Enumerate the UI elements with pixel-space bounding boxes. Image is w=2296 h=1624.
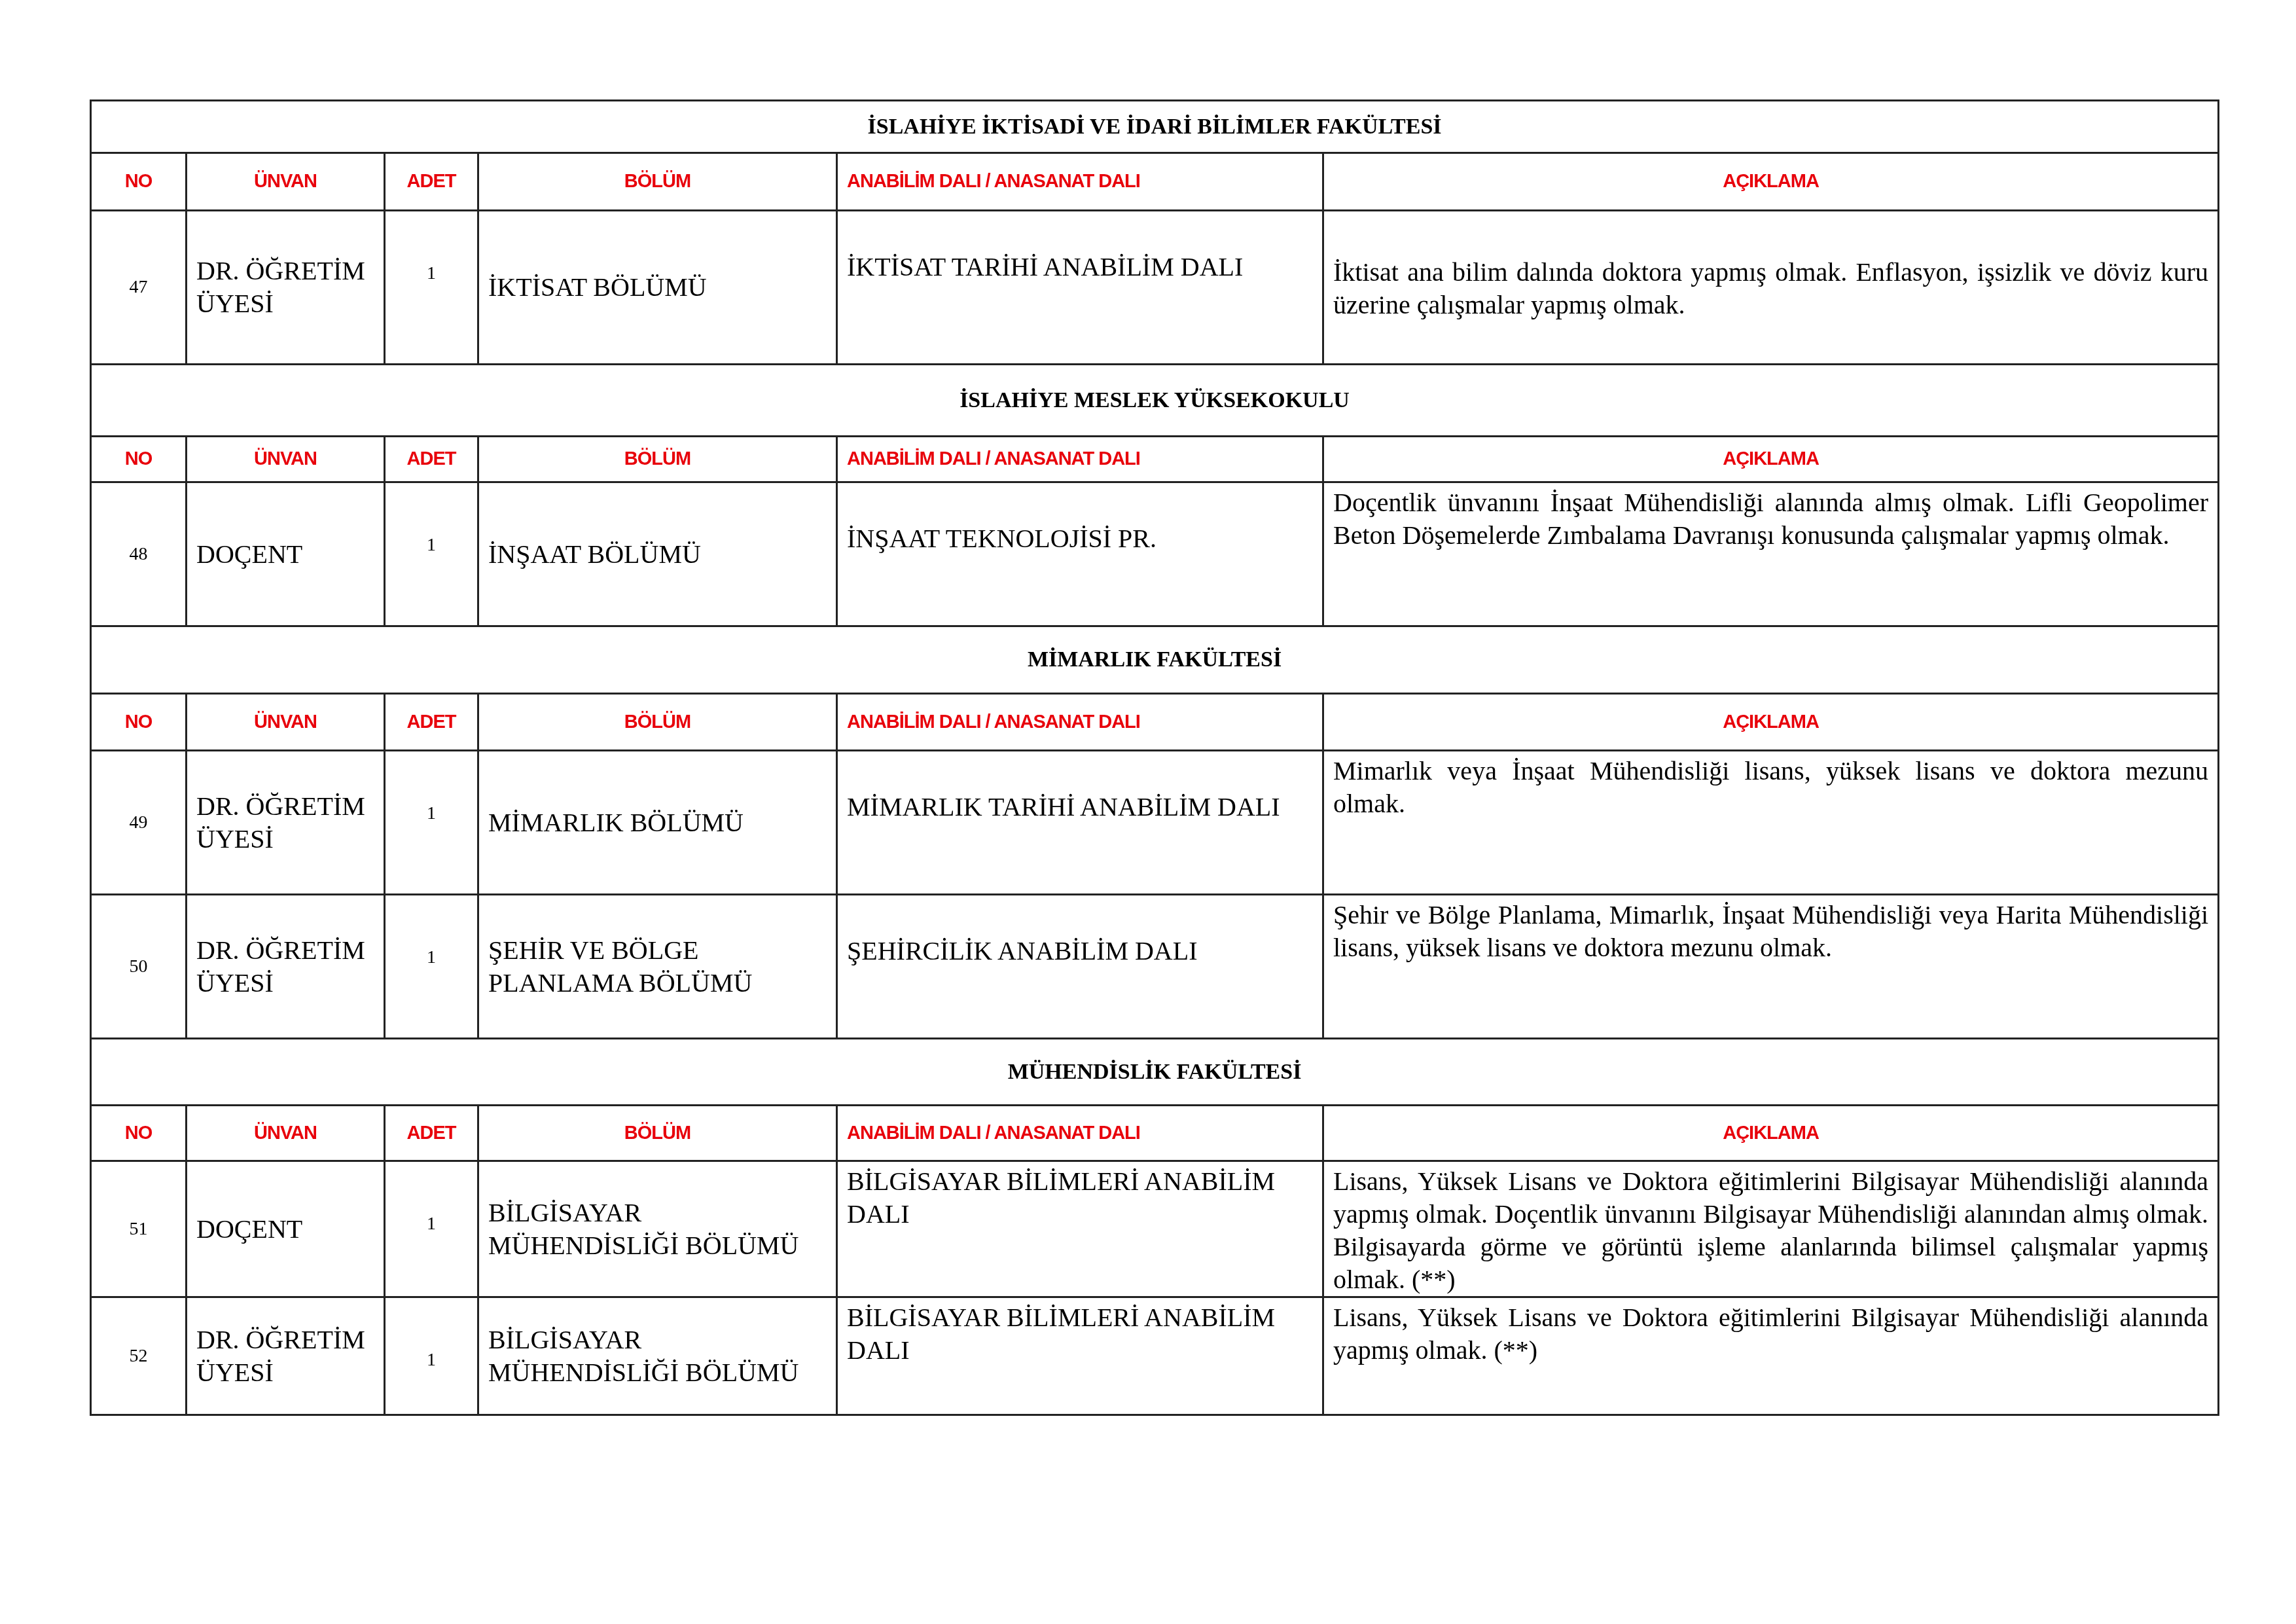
cell-anabilim-text: BİLGİSAYAR BİLİMLERİ ANABİLİM DALI	[847, 1166, 1275, 1229]
cell-unvan: DR. ÖĞRETİM ÜYESİ	[187, 211, 385, 365]
cell-bolum: İKTİSAT BÖLÜMÜ	[478, 211, 837, 365]
cell-unvan: DR. ÖĞRETİM ÜYESİ	[187, 751, 385, 895]
column-header-aciklama: AÇIKLAMA	[1323, 153, 2219, 211]
column-header-anabilim: ANABİLİM DALI / ANASANAT DALI	[837, 437, 1323, 482]
cell-unvan-text: DR. ÖĞRETİM ÜYESİ	[196, 791, 365, 854]
column-header-anabilim: ANABİLİM DALI / ANASANAT DALI	[837, 1106, 1323, 1161]
cell-anabilim: İKTİSAT TARİHİ ANABİLİM DALI	[837, 211, 1323, 365]
cell-adet: 1	[385, 895, 478, 1039]
cell-no-text: 49	[130, 812, 148, 833]
cell-no: 50	[91, 895, 187, 1039]
column-header-row: NOÜNVANADETBÖLÜMANABİLİM DALI / ANASANAT…	[91, 437, 2219, 482]
cell-bolum: İNŞAAT BÖLÜMÜ	[478, 482, 837, 626]
cell-no: 49	[91, 751, 187, 895]
column-header-aciklama: AÇIKLAMA	[1323, 694, 2219, 751]
column-header-unvan: ÜNVAN	[187, 153, 385, 211]
section-title: MÜHENDİSLİK FAKÜLTESİ	[91, 1039, 2219, 1106]
cell-adet-text: 1	[427, 947, 436, 967]
cell-no-text: 51	[130, 1219, 148, 1239]
cell-anabilim-text: ŞEHİRCİLİK ANABİLİM DALI	[847, 936, 1198, 965]
cell-anabilim: BİLGİSAYAR BİLİMLERİ ANABİLİM DALI	[837, 1161, 1323, 1297]
cell-adet: 1	[385, 482, 478, 626]
column-header-row: NOÜNVANADETBÖLÜMANABİLİM DALI / ANASANAT…	[91, 694, 2219, 751]
cell-unvan: DOÇENT	[187, 1161, 385, 1297]
cell-unvan-text: DR. ÖĞRETİM ÜYESİ	[196, 935, 365, 998]
cell-anabilim: ŞEHİRCİLİK ANABİLİM DALI	[837, 895, 1323, 1039]
cell-aciklama: Mimarlık veya İnşaat Mühendisliği lisans…	[1323, 751, 2219, 895]
column-header-bolum: BÖLÜM	[478, 1106, 837, 1161]
cell-anabilim: İNŞAAT TEKNOLOJİSİ PR.	[837, 482, 1323, 626]
cell-no: 47	[91, 211, 187, 365]
column-header-adet: ADET	[385, 437, 478, 482]
faculty-positions-table: İSLAHİYE İKTİSADİ VE İDARİ BİLİMLER FAKÜ…	[90, 99, 2219, 1416]
section-title-row: MÜHENDİSLİK FAKÜLTESİ	[91, 1039, 2219, 1106]
cell-adet-text: 1	[427, 803, 436, 823]
cell-no-text: 48	[130, 544, 148, 564]
cell-bolum-text: BİLGİSAYAR MÜHENDİSLİĞİ BÖLÜMÜ	[488, 1325, 798, 1387]
table-row: 52DR. ÖĞRETİM ÜYESİ1BİLGİSAYAR MÜHENDİSL…	[91, 1297, 2219, 1415]
cell-unvan: DOÇENT	[187, 482, 385, 626]
column-header-row: NOÜNVANADETBÖLÜMANABİLİM DALI / ANASANAT…	[91, 1106, 2219, 1161]
section-title: MİMARLIK FAKÜLTESİ	[91, 626, 2219, 694]
column-header-unvan: ÜNVAN	[187, 694, 385, 751]
column-header-no: NO	[91, 437, 187, 482]
cell-adet: 1	[385, 1297, 478, 1415]
cell-bolum-text: BİLGİSAYAR MÜHENDİSLİĞİ BÖLÜMÜ	[488, 1198, 798, 1260]
cell-unvan-text: DR. ÖĞRETİM ÜYESİ	[196, 1325, 365, 1387]
section-title: İSLAHİYE İKTİSADİ VE İDARİ BİLİMLER FAKÜ…	[91, 101, 2219, 153]
section-title-row: İSLAHİYE MESLEK YÜKSEKOKULU	[91, 365, 2219, 437]
cell-bolum: ŞEHİR VE BÖLGE PLANLAMA BÖLÜMÜ	[478, 895, 837, 1039]
column-header-adet: ADET	[385, 694, 478, 751]
column-header-bolum: BÖLÜM	[478, 153, 837, 211]
cell-adet-text: 1	[427, 535, 436, 555]
cell-bolum-text: MİMARLIK BÖLÜMÜ	[488, 808, 744, 837]
cell-anabilim-text: İNŞAAT TEKNOLOJİSİ PR.	[847, 524, 1157, 553]
cell-bolum-text: ŞEHİR VE BÖLGE PLANLAMA BÖLÜMÜ	[488, 935, 752, 998]
cell-aciklama: Şehir ve Bölge Planlama, Mimarlık, İnşaa…	[1323, 895, 2219, 1039]
column-header-adet: ADET	[385, 153, 478, 211]
cell-bolum: MİMARLIK BÖLÜMÜ	[478, 751, 837, 895]
cell-adet: 1	[385, 1161, 478, 1297]
cell-unvan-text: DOÇENT	[196, 539, 302, 569]
cell-aciklama: Lisans, Yüksek Lisans ve Doktora eğitiml…	[1323, 1297, 2219, 1415]
cell-aciklama-text: İktisat ana bilim dalında doktora yapmış…	[1333, 257, 2208, 319]
column-header-unvan: ÜNVAN	[187, 437, 385, 482]
column-header-no: NO	[91, 1106, 187, 1161]
cell-adet: 1	[385, 751, 478, 895]
column-header-adet: ADET	[385, 1106, 478, 1161]
cell-anabilim: MİMARLIK TARİHİ ANABİLİM DALI	[837, 751, 1323, 895]
cell-adet: 1	[385, 211, 478, 365]
cell-aciklama-text: Lisans, Yüksek Lisans ve Doktora eğitiml…	[1333, 1303, 2208, 1365]
cell-unvan-text: DR. ÖĞRETİM ÜYESİ	[196, 256, 365, 318]
column-header-no: NO	[91, 153, 187, 211]
cell-no: 52	[91, 1297, 187, 1415]
cell-unvan: DR. ÖĞRETİM ÜYESİ	[187, 895, 385, 1039]
column-header-no: NO	[91, 694, 187, 751]
cell-bolum: BİLGİSAYAR MÜHENDİSLİĞİ BÖLÜMÜ	[478, 1297, 837, 1415]
table-row: 49DR. ÖĞRETİM ÜYESİ1MİMARLIK BÖLÜMÜMİMAR…	[91, 751, 2219, 895]
cell-aciklama: Doçentlik ünvanını İnşaat Mühendisliği a…	[1323, 482, 2219, 626]
cell-anabilim: BİLGİSAYAR BİLİMLERİ ANABİLİM DALI	[837, 1297, 1323, 1415]
column-header-bolum: BÖLÜM	[478, 437, 837, 482]
column-header-aciklama: AÇIKLAMA	[1323, 1106, 2219, 1161]
cell-bolum: BİLGİSAYAR MÜHENDİSLİĞİ BÖLÜMÜ	[478, 1161, 837, 1297]
section-title-row: İSLAHİYE İKTİSADİ VE İDARİ BİLİMLER FAKÜ…	[91, 101, 2219, 153]
cell-bolum-text: İKTİSAT BÖLÜMÜ	[488, 272, 707, 302]
section-title-row: MİMARLIK FAKÜLTESİ	[91, 626, 2219, 694]
column-header-aciklama: AÇIKLAMA	[1323, 437, 2219, 482]
cell-aciklama: İktisat ana bilim dalında doktora yapmış…	[1323, 211, 2219, 365]
column-header-anabilim: ANABİLİM DALI / ANASANAT DALI	[837, 153, 1323, 211]
column-header-bolum: BÖLÜM	[478, 694, 837, 751]
cell-no-text: 47	[130, 277, 148, 297]
cell-no-text: 50	[130, 956, 148, 977]
cell-unvan-text: DOÇENT	[196, 1214, 302, 1244]
cell-adet-text: 1	[427, 1214, 436, 1234]
cell-aciklama-text: Lisans, Yüksek Lisans ve Doktora eğitiml…	[1333, 1166, 2208, 1294]
cell-aciklama-text: Şehir ve Bölge Planlama, Mimarlık, İnşaa…	[1333, 900, 2208, 962]
column-header-anabilim: ANABİLİM DALI / ANASANAT DALI	[837, 694, 1323, 751]
cell-no-text: 52	[130, 1346, 148, 1366]
cell-aciklama: Lisans, Yüksek Lisans ve Doktora eğitiml…	[1323, 1161, 2219, 1297]
section-title: İSLAHİYE MESLEK YÜKSEKOKULU	[91, 365, 2219, 437]
cell-anabilim-text: BİLGİSAYAR BİLİMLERİ ANABİLİM DALI	[847, 1303, 1275, 1365]
cell-aciklama-text: Mimarlık veya İnşaat Mühendisliği lisans…	[1333, 756, 2208, 818]
cell-anabilim-text: İKTİSAT TARİHİ ANABİLİM DALI	[847, 252, 1243, 281]
cell-aciklama-text: Doçentlik ünvanını İnşaat Mühendisliği a…	[1333, 488, 2208, 550]
table-row: 47DR. ÖĞRETİM ÜYESİ1İKTİSAT BÖLÜMÜİKTİSA…	[91, 211, 2219, 365]
cell-no: 51	[91, 1161, 187, 1297]
table-row: 51DOÇENT1BİLGİSAYAR MÜHENDİSLİĞİ BÖLÜMÜB…	[91, 1161, 2219, 1297]
cell-anabilim-text: MİMARLIK TARİHİ ANABİLİM DALI	[847, 792, 1280, 821]
table-row: 48DOÇENT1İNŞAAT BÖLÜMÜİNŞAAT TEKNOLOJİSİ…	[91, 482, 2219, 626]
cell-bolum-text: İNŞAAT BÖLÜMÜ	[488, 539, 701, 569]
cell-no: 48	[91, 482, 187, 626]
table-row: 50DR. ÖĞRETİM ÜYESİ1ŞEHİR VE BÖLGE PLANL…	[91, 895, 2219, 1039]
column-header-row: NOÜNVANADETBÖLÜMANABİLİM DALI / ANASANAT…	[91, 153, 2219, 211]
cell-unvan: DR. ÖĞRETİM ÜYESİ	[187, 1297, 385, 1415]
cell-adet-text: 1	[427, 1350, 436, 1370]
cell-adet-text: 1	[427, 263, 436, 283]
column-header-unvan: ÜNVAN	[187, 1106, 385, 1161]
